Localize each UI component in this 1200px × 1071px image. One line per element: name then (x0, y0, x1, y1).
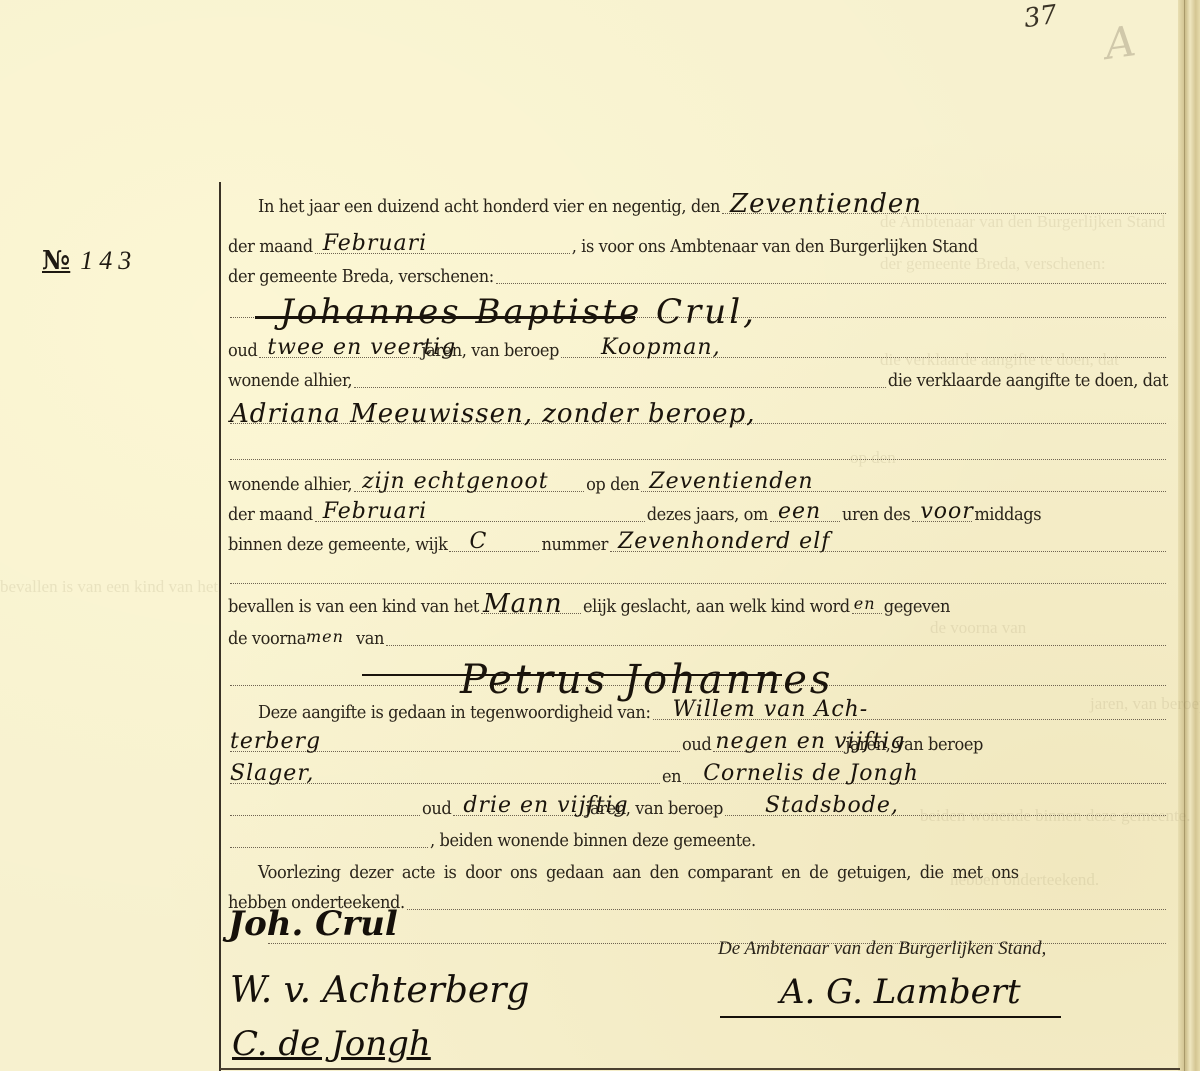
folio-number: 37 (1022, 0, 1059, 34)
fill-in-field-ward: C (449, 550, 539, 552)
printed-text: oud (422, 798, 451, 820)
fill-in-field-witness-2-name: Cornelis de Jongh (683, 782, 1166, 784)
form-line-residence: wonende alhier, die verklaarde aangifte … (228, 360, 1168, 392)
page-edge-binding (1178, 0, 1200, 1071)
form-line-witness-2-age: oud drie en vijftig jaren, van beroep St… (228, 788, 1168, 820)
bottom-rule (220, 1068, 1180, 1070)
handwritten-am-pm: voor (920, 501, 973, 523)
bleed-through-text: bevallen is van een kind van het (0, 577, 218, 597)
printed-text: der maand (228, 236, 313, 258)
printed-text: wonende alhier, (228, 370, 352, 392)
form-line-relation: wonende alhier, zijn echtgenoot op den Z… (228, 464, 1168, 496)
handwritten-witness-2-age: drie en vijftig (463, 795, 628, 817)
form-line-witness-2: Slager, en Cornelis de Jongh (228, 756, 1168, 788)
handwritten-month: Februari (323, 233, 428, 255)
fill-in-field (230, 582, 1166, 584)
handwritten-witness-1-surname: terberg (230, 731, 321, 753)
fill-in-field-relation: zijn echtgenoot (354, 490, 584, 492)
fill-in-field-witness-2-occupation: Stadsbode, (725, 814, 1166, 816)
fill-in-field (386, 644, 1166, 646)
fill-in-field-sex: Mann (481, 612, 581, 614)
handwritten-witness-2-name: Cornelis de Jongh (703, 763, 919, 785)
printed-text: , beiden wonende binnen deze gemeente. (430, 830, 756, 852)
printed-text: wonende alhier, (228, 474, 352, 496)
printed-text: Deze aangifte is gedaan in tegenwoordigh… (258, 702, 651, 724)
signature-witness-1: W. v. Achterberg (230, 970, 529, 1011)
printed-text: op den (586, 474, 639, 496)
fill-in-field-birth-month: Februari (315, 520, 645, 522)
form-line-date: In het jaar een duizend acht honderd vie… (228, 186, 1168, 218)
handwritten-plural: en (854, 593, 876, 615)
fill-in-field-witness-1-surname: terberg (230, 750, 680, 752)
fill-in-field (496, 282, 1166, 284)
printed-text: bevallen is van een kind van het (228, 596, 479, 618)
form-line-address: binnen deze gemeente, wijk C nummer Zeve… (228, 524, 1168, 556)
signature-declarant: Joh. Crul (228, 904, 398, 944)
fill-in-field-birth-day: Zeventienden (641, 490, 1166, 492)
printed-text: Voorlezing dezer acte is door ons gedaan… (258, 862, 1019, 884)
official-caption: De Ambtenaar van den Burgerlijken Stand, (718, 938, 1046, 960)
number-sign: № (42, 246, 70, 276)
printed-text: elijk geslacht, aan welk kind word (583, 596, 850, 618)
fill-in-field (407, 908, 1166, 910)
signature-witness-2: C. de Jongh (232, 1024, 431, 1064)
printed-text: die verklaarde aangifte te doen, dat (888, 370, 1168, 392)
fill-in-field-age: twee en veertig (259, 356, 419, 358)
form-line-blank (228, 432, 1168, 464)
form-line-sex: bevallen is van een kind van het Mann el… (228, 586, 1168, 618)
handwritten-relation: zijn echtgenoot (362, 471, 549, 493)
fill-in-field-witness-2-age: drie en vijftig (453, 814, 583, 816)
fill-in-field-plural: en (852, 612, 882, 614)
fill-in-field-witness-1-occupation: Slager, (230, 782, 660, 784)
fill-in-field-month: Februari (315, 252, 570, 254)
printed-text: en (662, 766, 681, 788)
printed-text: oud (228, 340, 257, 362)
handwritten-house-number: Zevenhonderd elf (618, 531, 830, 553)
form-line-blank (228, 556, 1168, 588)
handwritten-witness-1-name: Willem van Ach- (673, 699, 869, 721)
printed-text: gegeven (884, 596, 950, 618)
faint-pencil-mark: A (1102, 16, 1139, 69)
handwritten-mother-name: Adriana Meeuwissen, zonder beroep, (230, 403, 755, 425)
printed-text: middags (974, 504, 1041, 526)
fill-in-field-am-pm: voor (912, 520, 972, 522)
handwritten-sex: Mann (483, 593, 563, 615)
printed-text: nummer (541, 534, 608, 556)
form-line-mother: Adriana Meeuwissen, zonder beroep, (228, 396, 1168, 428)
form-line-witnesses: Deze aangifte is gedaan in tegenwoordigh… (228, 692, 1168, 724)
printed-text: van (356, 628, 384, 650)
handwritten-age: twee en veertig (267, 337, 456, 359)
fill-in-field-hour: een (770, 520, 840, 522)
printed-text: uren des (842, 504, 910, 526)
form-line-given-name-label: de voorna men van (228, 618, 1168, 650)
form-line-residence-witnesses: , beiden wonende binnen deze gemeente. (228, 820, 1168, 852)
form-line-month: der maand Februari , is voor ons Ambtena… (228, 226, 1168, 258)
handwritten-declarant-name: Johannes Baptiste Crul, (280, 301, 757, 323)
form-line-municipality: der gemeente Breda, verschenen: (228, 256, 1168, 288)
margin-rule (219, 182, 221, 1071)
handwritten-ward: C (469, 531, 487, 553)
handwritten-birth-day: Zeventienden (649, 471, 813, 493)
printed-text: In het jaar een duizend acht honderd vie… (258, 196, 720, 218)
fill-in-field-child-name: Petrus Johannes (230, 684, 1166, 686)
fill-in-field-day: Zeventienden (722, 212, 1166, 214)
fill-in-field (230, 458, 1166, 460)
fill-in-field-witness-1: Willem van Ach- (653, 718, 1166, 720)
name-underline (255, 316, 635, 319)
printed-text: der maand (228, 504, 313, 526)
handwritten-occupation: Koopman, (601, 337, 721, 359)
handwritten-witness-1-occupation: Slager, (230, 763, 314, 785)
name-underline (362, 674, 782, 676)
fill-in-field-house-number: Zevenhonderd elf (610, 550, 1166, 552)
handwritten-birth-month: Februari (323, 501, 428, 523)
printed-text: binnen deze gemeente, wijk (228, 534, 447, 556)
printed-text: de voorna (228, 628, 306, 650)
act-number-value: 143 (80, 246, 137, 275)
handwritten-day: Zeventienden (730, 193, 922, 215)
printed-text: , is voor ons Ambtenaar van den Burgerli… (572, 236, 978, 258)
act-number: №143 (42, 246, 137, 276)
fill-in-field (230, 814, 420, 816)
form-line-declarant-age: oud twee en veertig jaren, van beroep Ko… (228, 330, 1168, 362)
form-line-reading: Voorlezing dezer acte is door ons gedaan… (228, 852, 1168, 884)
signature-official: A. G. Lambert (720, 972, 1061, 1018)
form-line-witness-1-age: terberg oud negen en vijftig jaren, van … (228, 724, 1168, 756)
fill-in-field (354, 386, 886, 388)
fill-in-field-plural: men (306, 628, 356, 650)
printed-text: oud (682, 734, 711, 756)
handwritten-witness-2-occupation: Stadsbode, (765, 795, 899, 817)
fill-in-field (230, 846, 428, 848)
handwritten-child-name: Petrus Johannes (460, 669, 833, 691)
form-line-birth-time: der maand Februari dezes jaars, om een u… (228, 494, 1168, 526)
handwritten-plural: men (306, 626, 344, 648)
handwritten-witness-1-age: negen en vijftig (715, 731, 905, 753)
fill-in-field-mother: Adriana Meeuwissen, zonder beroep, (230, 422, 1166, 424)
fill-in-field-witness-1-age: negen en vijftig (713, 750, 843, 752)
fill-in-field-occupation: Koopman, (561, 356, 1166, 358)
printed-text: der gemeente Breda, verschenen: (228, 266, 494, 288)
printed-text: dezes jaars, om (647, 504, 768, 526)
handwritten-hour: een (778, 501, 821, 523)
